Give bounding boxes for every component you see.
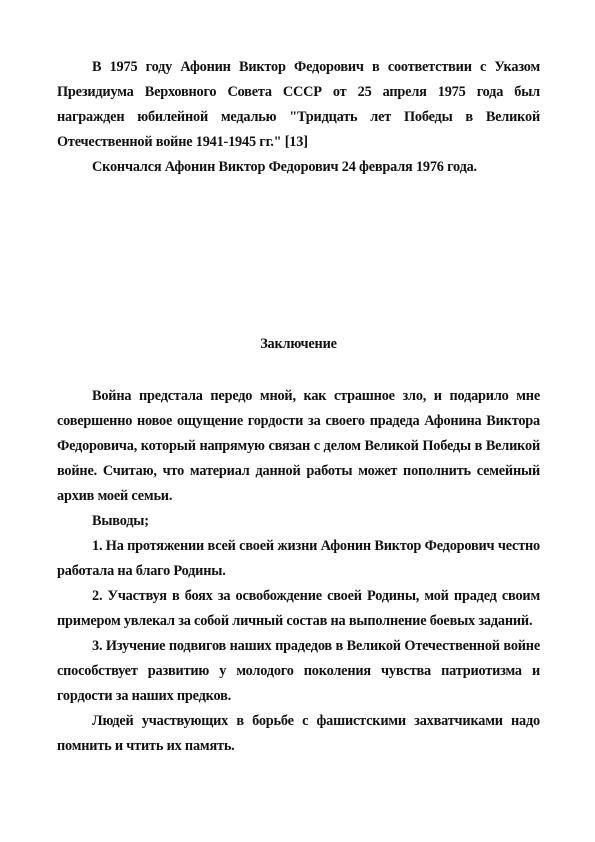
conclusion-paragraph: Война предстала передо мной, как страшно… <box>57 384 540 509</box>
findings-label: Выводы; <box>57 509 540 534</box>
document-page: В 1975 году Афонин Виктор Федорович в со… <box>57 55 540 759</box>
finding-item-2: 2. Участвуя в боях за освобождение своей… <box>57 584 540 634</box>
spacer <box>57 180 540 332</box>
death-paragraph: Скончался Афонин Виктор Федорович 24 фев… <box>57 155 540 180</box>
award-paragraph: В 1975 году Афонин Виктор Федорович в со… <box>57 55 540 155</box>
spacer <box>57 357 540 384</box>
finding-item-1: 1. На протяжении всей своей жизни Афонин… <box>57 534 540 584</box>
section-heading: Заключение <box>57 332 540 357</box>
closing-paragraph: Людей участвующих в борьбе с фашистскими… <box>57 709 540 759</box>
finding-item-3: 3. Изучение подвигов наших прадедов в Ве… <box>57 634 540 709</box>
